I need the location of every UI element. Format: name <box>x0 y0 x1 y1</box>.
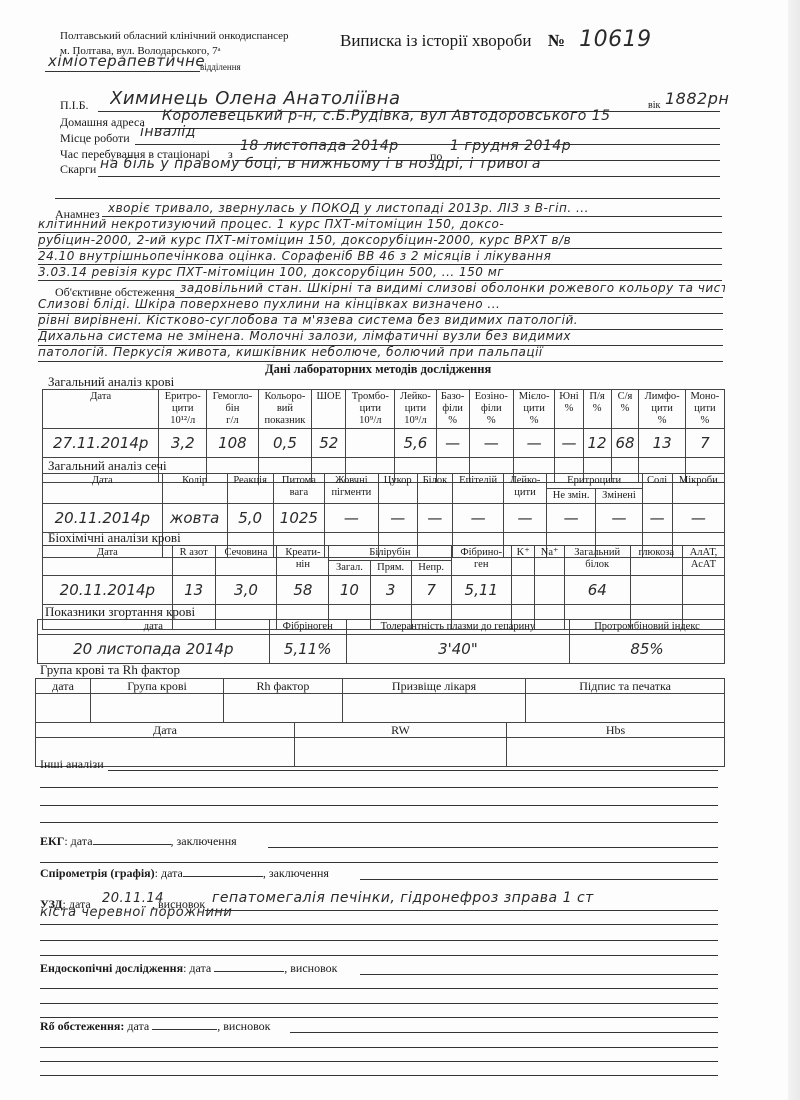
page-edge <box>788 0 800 1100</box>
endo-line[interactable] <box>40 955 718 956</box>
data-cell[interactable]: — <box>546 504 596 533</box>
objective-line-3[interactable]: рівні вирівнені. Кістково-суглобова та м… <box>38 313 728 327</box>
data-cell[interactable]: 13 <box>172 576 215 605</box>
column-header: Фібріноген <box>269 620 346 635</box>
column-header: Протромбіновий індекс <box>570 620 725 635</box>
column-header: Мієло-цити% <box>513 390 554 429</box>
spiro-row: Спірометрія (графія): дата, заключення <box>40 866 329 881</box>
rg-conclusion-line[interactable] <box>290 1032 718 1033</box>
column-header: Еритроцити <box>546 474 642 489</box>
column-subheader: Непр. <box>411 561 451 576</box>
data-cell[interactable]: 7 <box>411 576 451 605</box>
coagulation-table: датаФібріногенТолерантність плазми до ге… <box>37 619 725 664</box>
column-subheader: Прям. <box>370 561 411 576</box>
data-cell[interactable]: 5,0 <box>227 504 273 533</box>
endo-date-field[interactable] <box>214 971 284 972</box>
data-cell[interactable]: — <box>469 429 513 458</box>
data-cell[interactable] <box>342 694 525 723</box>
age-value[interactable]: 1882рн <box>665 89 729 108</box>
department-value: хіміотерапевтичне <box>48 52 205 70</box>
data-cell[interactable]: 85% <box>570 635 725 664</box>
record-number: 10619 <box>579 27 652 52</box>
table-header-row: ДатаЕритро-цити10¹²/лГемогло-бінг/лКольо… <box>43 390 725 429</box>
data-cell[interactable] <box>526 694 725 723</box>
number-label: № <box>548 31 565 50</box>
anamnesis-line-2[interactable]: клітинний некротизуючий процес. 1 курс П… <box>38 217 723 231</box>
other-line[interactable] <box>108 770 718 771</box>
column-header: Призвіще лікаря <box>342 679 525 694</box>
data-cell[interactable] <box>223 694 342 723</box>
work-line <box>135 144 720 145</box>
column-header: Питомавага <box>273 474 324 504</box>
data-cell[interactable]: 20 листопада 2014р <box>38 635 270 664</box>
data-cell[interactable]: 3 <box>370 576 411 605</box>
objective-line-4[interactable]: Дихальна система не змінена. Молочні зал… <box>38 329 728 343</box>
rg-row: Rő обстеження: дата , висновок <box>40 1019 271 1034</box>
column-header: Сечовина <box>215 546 277 576</box>
address-value[interactable]: Королевецький р-н, с.Б.Рудівка, вул Авто… <box>162 108 722 124</box>
column-header: Базо-філи% <box>436 390 469 429</box>
stay-from-value[interactable]: 18 листопада 2014р <box>240 138 399 154</box>
rg-date-label: дата <box>124 1019 149 1033</box>
other-analyses-label: Інші аналізи <box>40 757 104 772</box>
anamnesis-rule <box>38 248 722 249</box>
anamnesis-rule <box>38 264 722 265</box>
table-row: 27.11.2014р3,21080,5525,6————1268137 <box>43 429 725 458</box>
endo-date-label: : дата <box>183 961 211 975</box>
stay-to-value[interactable]: 1 грудня 2014р <box>450 138 571 154</box>
data-cell[interactable]: 3,2 <box>159 429 207 458</box>
uzd-conclusion-line-1[interactable]: гепатомегалія печінки, гідронефроз зправ… <box>212 890 727 906</box>
name-label: П.І.Б. <box>60 98 89 113</box>
ekg-date-field[interactable] <box>93 844 171 845</box>
data-cell[interactable] <box>346 429 395 458</box>
anamnesis-line-4[interactable]: 24.10 внутрішньопечінкова оцінка. Сорафе… <box>38 249 723 263</box>
column-header: Моно-цити% <box>685 390 724 429</box>
endo-line[interactable] <box>40 1017 718 1018</box>
column-header: Лейко-цити <box>504 474 547 504</box>
column-header: Підпис та печатка <box>526 679 725 694</box>
data-cell[interactable]: 3'40" <box>346 635 569 664</box>
data-cell[interactable]: 64 <box>564 576 630 605</box>
data-cell[interactable]: 5,11% <box>269 635 346 664</box>
column-header: Тромбо-цити10⁹/л <box>346 390 395 429</box>
institution-name: Полтавський обласний клінічний онкодиспа… <box>60 30 289 42</box>
data-cell[interactable]: жовта <box>162 504 227 533</box>
column-header: дата <box>38 620 270 635</box>
anamnesis-rule <box>38 232 722 233</box>
spiro-conclusion-label: , заключення <box>263 866 329 880</box>
biochem-title: Біохімічні аналізи крові <box>48 530 181 546</box>
other-line[interactable] <box>40 787 718 788</box>
rg-date-field[interactable] <box>152 1029 217 1030</box>
data-cell[interactable] <box>36 694 91 723</box>
column-header: глюкоза <box>630 546 682 576</box>
data-cell[interactable]: — <box>325 504 378 533</box>
data-cell[interactable]: — <box>642 504 672 533</box>
spiro-conclusion-line[interactable] <box>360 879 718 880</box>
spiro-date-label: : дата <box>155 866 183 880</box>
column-header: Креати-нін <box>277 546 329 576</box>
column-header: дата <box>36 679 91 694</box>
data-cell[interactable]: — <box>378 504 417 533</box>
column-header: АлАТ,АсАТ <box>682 546 724 576</box>
data-cell[interactable] <box>535 576 564 605</box>
anamnesis-rule <box>102 216 722 217</box>
objective-line-5[interactable]: патологій. Перкусія живота, кишківник не… <box>38 345 728 359</box>
rg-line[interactable] <box>40 1075 718 1076</box>
objective-rule <box>175 297 723 298</box>
data-cell[interactable]: — <box>504 504 547 533</box>
anamnesis-line-1[interactable]: хворіє тривало, звернулась у ПОКОД у лис… <box>108 201 723 215</box>
column-header: Колір <box>162 474 227 504</box>
column-header: Лейко-цити10⁹/л <box>395 390 436 429</box>
data-cell[interactable] <box>630 576 682 605</box>
endo-label: Ендоскопічні дослідження <box>40 961 183 975</box>
complaints-line <box>98 176 720 177</box>
data-cell[interactable]: — <box>555 429 583 458</box>
column-subheader: Загал. <box>329 561 370 576</box>
document-title: Виписка із історії хвороби № 10619 <box>340 27 652 52</box>
column-header: Еозіно-філи% <box>469 390 513 429</box>
data-cell[interactable]: 12 <box>583 429 611 458</box>
department-label: відділення <box>200 62 241 72</box>
column-subheader: Змінені <box>596 489 642 504</box>
table-row: 20.11.2014ржовта5,01025————————— <box>43 504 725 533</box>
ekg-line[interactable] <box>40 862 718 863</box>
table-row: 20 листопада 2014р5,11%3'40"85% <box>38 635 725 664</box>
data-cell[interactable]: — <box>513 429 554 458</box>
table-header-row: ДатаRWHbs <box>36 723 725 738</box>
spiro-date-field[interactable] <box>183 876 263 877</box>
endo-row: Ендоскопічні дослідження: дата , висново… <box>40 961 337 976</box>
blood-general-title: Загальний аналіз крові <box>48 374 174 390</box>
blood-group-table: датаГрупа кровіRh факторПризвіще лікаряП… <box>35 678 725 723</box>
column-header: Жовчніпігменти <box>325 474 378 504</box>
column-header: R азот <box>172 546 215 576</box>
complaints-value[interactable]: на біль у правому боці, в нижньому і в н… <box>100 156 720 172</box>
ekg-date-label: : дата <box>64 834 92 848</box>
data-cell[interactable]: — <box>417 504 452 533</box>
data-cell[interactable] <box>295 738 507 767</box>
ekg-row: ЕКГ: дата, заключення <box>40 834 237 849</box>
rg-line[interactable] <box>40 1047 718 1048</box>
column-header: С/я% <box>611 390 639 429</box>
column-header: Еритро-цити10¹²/л <box>159 390 207 429</box>
data-cell[interactable]: 3,0 <box>215 576 277 605</box>
table-header-row: ДатаКолірРеакціяПитомавагаЖовчніпігменти… <box>43 474 725 489</box>
department-line <box>45 71 200 72</box>
other-line[interactable] <box>40 805 718 806</box>
anamnesis-line-3[interactable]: рубіцин-2000, 2-ий курс ПХТ-мітоміцин 15… <box>38 233 723 247</box>
column-header: Реакція <box>227 474 273 504</box>
data-cell[interactable]: 68 <box>611 429 639 458</box>
spiro-label: Спірометрія (графія) <box>40 866 155 880</box>
objective-rule <box>38 345 723 346</box>
column-header: Дата <box>43 390 159 429</box>
column-header: ШОЕ <box>312 390 346 429</box>
table-row <box>36 738 725 767</box>
blood-group-title: Група крові та Rh фактор <box>40 662 180 678</box>
data-cell[interactable]: — <box>672 504 724 533</box>
data-cell[interactable]: — <box>436 429 469 458</box>
column-header: Hbs <box>506 723 724 738</box>
uzd-line <box>40 940 718 941</box>
data-cell[interactable]: 5,11 <box>451 576 511 605</box>
column-header: Лимфо-цити% <box>639 390 685 429</box>
column-header: Дата <box>36 723 295 738</box>
column-header: Цукор <box>378 474 417 504</box>
data-cell[interactable]: 7 <box>685 429 724 458</box>
ekg-conclusion-line[interactable] <box>268 847 718 848</box>
endo-conclusion-line[interactable] <box>360 974 718 975</box>
data-cell[interactable]: 10 <box>329 576 370 605</box>
objective-line-1[interactable]: задовільний стан. Шкірні та видимі слизо… <box>180 281 725 295</box>
data-cell[interactable]: 52 <box>312 429 346 458</box>
column-header: Гемогло-бінг/л <box>207 390 259 429</box>
data-cell[interactable]: 1025 <box>273 504 324 533</box>
endo-line[interactable] <box>40 988 718 989</box>
column-header: RW <box>295 723 507 738</box>
address-line <box>155 128 720 129</box>
name-value[interactable]: Химинець Олена Анатоліївна <box>110 88 401 109</box>
coagulation-title: Показники згортання крові <box>45 604 195 620</box>
urine-title: Загальний аналіз сечі <box>48 458 167 474</box>
data-cell[interactable] <box>91 694 224 723</box>
uzd-conclusion-line-2[interactable]: кіста черевної порожнини <box>40 905 440 920</box>
objective-line-2[interactable]: Слизові бліді. Шкіра поверхнево пухлини … <box>38 297 728 311</box>
column-header: Na⁺ <box>535 546 564 576</box>
column-header: Кольоро-вийпоказник <box>258 390 311 429</box>
column-header: Епітелій <box>453 474 504 504</box>
title-text: Виписка із історії хвороби <box>340 31 532 50</box>
table-row: 20.11.2014р133,05810375,1164 <box>43 576 725 605</box>
data-cell[interactable]: 20.11.2014р <box>43 504 163 533</box>
data-cell[interactable]: 27.11.2014р <box>43 429 159 458</box>
objective-rule <box>38 329 723 330</box>
anamnesis-line-5[interactable]: 3.03.14 ревізія курс ПХТ-мітоміцин 100, … <box>38 265 723 279</box>
column-header: Білірубін <box>329 546 451 561</box>
ekg-label: ЕКГ <box>40 834 64 848</box>
table-header-row: датаГрупа кровіRh факторПризвіще лікаряП… <box>36 679 725 694</box>
data-cell[interactable] <box>511 576 534 605</box>
endo-line[interactable] <box>40 1003 718 1004</box>
column-header: Дата <box>43 546 173 576</box>
other-line[interactable] <box>40 822 718 823</box>
work-label: Місце роботи <box>60 131 130 146</box>
column-header: Юні% <box>555 390 583 429</box>
data-cell[interactable]: 20.11.2014р <box>43 576 173 605</box>
rg-label: Rő обстеження: <box>40 1019 124 1033</box>
column-header: Толерантність плазми до гепарину <box>346 620 569 635</box>
uzd-line <box>205 910 718 911</box>
table-row <box>36 694 725 723</box>
rw-table: ДатаRWHbs <box>35 722 725 767</box>
rg-line[interactable] <box>40 1061 718 1062</box>
column-header: П/я% <box>583 390 611 429</box>
table-header-row: ДатаR азотСечовинаКреати-нінБілірубінФіб… <box>43 546 725 561</box>
data-cell[interactable] <box>506 738 724 767</box>
ekg-conclusion-label: , заключення <box>171 834 237 848</box>
data-cell[interactable] <box>682 576 724 605</box>
data-cell[interactable]: — <box>596 504 642 533</box>
rg-conclusion-label: , висновок <box>217 1019 270 1033</box>
column-subheader: Не змін. <box>546 489 596 504</box>
data-cell[interactable]: — <box>453 504 504 533</box>
column-header: Білок <box>417 474 452 504</box>
data-cell[interactable]: 108 <box>207 429 259 458</box>
column-header: Дата <box>43 474 163 504</box>
lab-section-title: Дані лабораторних методів дослідження <box>265 362 491 377</box>
column-header: Мікроби <box>672 474 724 504</box>
endo-conclusion-label: , висновок <box>284 961 337 975</box>
work-value[interactable]: інвалід <box>140 124 196 140</box>
address-label: Домашня адреса <box>60 115 145 130</box>
column-header: Солі <box>642 474 672 504</box>
column-header: Фібрино-ген <box>451 546 511 576</box>
column-header: Група крові <box>91 679 224 694</box>
column-header: Rh фактор <box>223 679 342 694</box>
column-header: K⁺ <box>511 546 534 576</box>
data-cell[interactable]: 13 <box>639 429 685 458</box>
table-header-row: датаФібріногенТолерантність плазми до ге… <box>38 620 725 635</box>
complaints-line-2 <box>55 198 720 199</box>
complaints-label: Скарги <box>60 162 96 177</box>
data-cell[interactable]: 0,5 <box>258 429 311 458</box>
uzd-line <box>40 924 718 925</box>
data-cell[interactable]: 5,6 <box>395 429 436 458</box>
column-header: Загальнийбілок <box>564 546 630 576</box>
objective-rule <box>38 313 723 314</box>
data-cell[interactable]: 58 <box>277 576 329 605</box>
